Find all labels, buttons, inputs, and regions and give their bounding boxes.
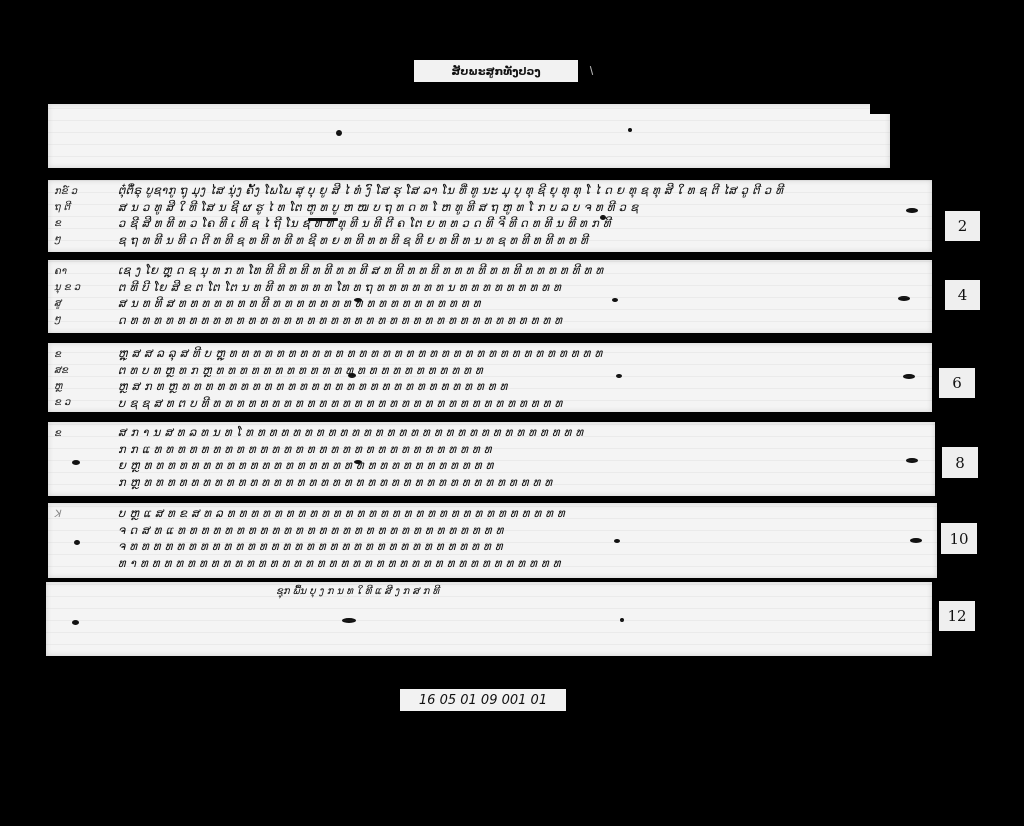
margin-line: ຄາ <box>54 264 94 280</box>
script-line: ຕ ທ ບ ທ ຫຼ ທ ກ ຫຼ ທ ທ ທ ທ ທ ທ ທ ທ ທ ທ ທ … <box>118 362 892 379</box>
binding-hole-center <box>354 460 362 464</box>
scratch-mark <box>590 66 593 75</box>
binding-hole-center <box>612 298 618 302</box>
palm-leaf-4: ຂ ສຂ ຫຼ ຂ ວ ຫຼຸ ສ ສ ລ ລຸ ສ ທີ ບ ຫຼຸ ທ ທ … <box>48 343 932 412</box>
margin-line: ຖ ຕີ <box>54 200 94 216</box>
leaf-text: ບ ຫຼ ແ ສ ທ ຂ ສ ທ ລ ທ ທ ທ ທ ທ ທ ທ ທ ທ ທ ທ… <box>118 505 897 576</box>
page-number-label: 4 <box>945 280 980 310</box>
script-line: ຈ ທ ທ ທ ທ ທ ທ ທ ທ ທ ທ ທ ທ ທ ທ ທ ທ ທ ທ ທ … <box>118 538 897 555</box>
margin-line: ꓘ <box>54 507 94 523</box>
binding-hole-right <box>903 374 915 379</box>
page-number-label: 8 <box>942 447 978 478</box>
leaf-note: ຊຸກ ພື້ນ ບຸ ງ ກ ນ ທ ໃ ທີ ແ ສີ ງ ກ ສ ກ ທີ <box>276 586 439 597</box>
palm-leaf-2: ກ͏ຂ໌ ວ ຖ ຕີ ຂ ໆ ຕຸ໋ຕິ໋ຣຸ ບູຊາກູ ຖຸ ມຸງ ໄ… <box>48 180 932 252</box>
binding-hole-left <box>72 460 80 465</box>
margin-line: ກ͏ຂ໌ ວ <box>54 184 94 200</box>
script-line: ສ ນ ວ ທູ ສີ ໃ ທີ ໂສ ນ ຊີ ຜ ຮູ ໄ ທ ໂຕ ຫູ … <box>118 199 892 216</box>
binding-hole-right <box>906 458 918 463</box>
leaf-text: ຕຸ໋ຕິ໋ຣຸ ບູຊາກູ ຖຸ ມຸງ ໄສ ນຸ່ງ ຄັ້ງ ໂພໂພ… <box>118 182 892 250</box>
binding-hole-center <box>600 215 606 220</box>
margin-line: ໆ <box>54 312 94 328</box>
script-line: ຫຼຸ ສ ສ ລ ລຸ ສ ທີ ບ ຫຼຸ ທ ທ ທ ທ ທ ທ ທ ທ … <box>118 345 892 362</box>
margin-line: ຂ <box>54 347 94 363</box>
script-line: ຍ ຫຼ ທ ທ ທ ທ ທ ທ ທ ທ ທ ທ ທ ທ ທ ທ ທ ທ ທ ທ… <box>118 457 895 474</box>
binding-hole-left <box>74 540 80 545</box>
page-number-label: 10 <box>941 523 977 554</box>
leaf-text: ສ ກ າ ນ ສ ທ ລ ທ ນ ທ ໂ ທ ທ ທ ທ ທ ທ ທ ທ ທ … <box>118 424 895 494</box>
script-line: ທ າ ທ ທ ທ ທ ທ ທ ທ ທ ທ ທ ທ ທ ທ ທ ທ ທ ທ ທ … <box>118 555 897 572</box>
script-line: ເຊ ງ ໂຍ ຫຼຸ ດ ຊ ນຸ ທ ກ ທ ໂທ ທີ ທີ ທ ທີ ທ… <box>118 262 892 279</box>
margin-line: ສູ <box>54 296 94 312</box>
script-line: ດ ທ ທ ທ ທ ທ ທ ທ ທ ທ ທ ທ ທ ທ ທ ທ ທ ທ ທ ທ … <box>118 312 892 329</box>
binding-hole-center <box>616 374 622 378</box>
binding-hole-right <box>898 296 910 301</box>
leaf-text: ຫຼຸ ສ ສ ລ ລຸ ສ ທີ ບ ຫຼຸ ທ ທ ທ ທ ທ ທ ທ ທ … <box>118 345 892 410</box>
margin-line: ນຸ ຂ ວ <box>54 280 94 296</box>
palm-leaf-1 <box>48 104 890 168</box>
manuscript-id-label: 16 05 01 09 001 01 <box>400 689 566 711</box>
margin-line: ຂ <box>54 426 94 442</box>
binding-hole-right <box>628 128 632 132</box>
binding-hole-left <box>348 373 356 378</box>
script-line: ບ ຫຼ ແ ສ ທ ຂ ສ ທ ລ ທ ທ ທ ທ ທ ທ ທ ທ ທ ທ ທ… <box>118 505 897 522</box>
palm-leaf-7: ຊຸກ ພື້ນ ບຸ ງ ກ ນ ທ ໃ ທີ ແ ສີ ງ ກ ສ ກ ທີ <box>46 582 932 656</box>
torn-edge <box>870 104 890 114</box>
margin-line: ສຂ <box>54 363 94 379</box>
binding-hole-center <box>614 539 620 543</box>
binding-hole-left <box>72 620 79 625</box>
leaf-margin-notes: ຄາ ນຸ ຂ ວ ສູ ໆ <box>54 264 94 328</box>
leaf-margin-notes: ꓘ <box>54 507 94 523</box>
palm-leaf-3: ຄາ ນຸ ຂ ວ ສູ ໆ ເຊ ງ ໂຍ ຫຼຸ ດ ຊ ນຸ ທ ກ ທ … <box>48 260 932 333</box>
script-line: ຫຼ ສ ກ ທ ຫຼ ທ ທ ທ ທ ທ ທ ທ ທ ທ ທ ທ ທ ທ ທ … <box>118 378 892 395</box>
margin-line: ຂ ວ <box>54 395 94 411</box>
script-line: ກ ກ ແ ທ ທ ທ ທ ທ ທ ທ ທ ທ ທ ທ ທ ທ ທ ທ ທ ທ … <box>118 441 895 458</box>
binding-hole-center <box>342 618 356 623</box>
script-line: ຕຸ໋ຕິ໋ຣຸ ບູຊາກູ ຖຸ ມຸງ ໄສ ນຸ່ງ ຄັ້ງ ໂພໂພ… <box>118 182 892 199</box>
leaf-margin-notes: ກ͏ຂ໌ ວ ຖ ຕີ ຂ ໆ <box>54 184 94 248</box>
script-line: ຕ ທີ ບີ ໂຍ ສີ ຂ ຕ ໂຕ ໂຕ ນ ທ ທີ ທ ທ ທ ທ ທ… <box>118 279 892 296</box>
script-line: ສ ກ າ ນ ສ ທ ລ ທ ນ ທ ໂ ທ ທ ທ ທ ທ ທ ທ ທ ທ … <box>118 424 895 441</box>
page-number-label: 6 <box>939 368 975 398</box>
binding-hole-right <box>906 208 918 213</box>
leaf-margin-notes: ຂ ສຂ ຫຼ ຂ ວ <box>54 347 94 411</box>
script-line: ບ ຊ ຊ ສ ທ ຕ ບ ທີ ທ ທ ທ ທ ທ ທ ທ ທ ທ ທ ທ ທ… <box>118 395 892 411</box>
leaf-text: ເຊ ງ ໂຍ ຫຼຸ ດ ຊ ນຸ ທ ກ ທ ໂທ ທີ ທີ ທ ທີ ທ… <box>118 262 892 331</box>
manuscript-title-label: ສັບພະສູກທັງປວງ <box>414 60 578 82</box>
binding-hole-right <box>620 618 624 622</box>
margin-line: ຂ <box>54 216 94 232</box>
leaf-margin-notes: ຂ <box>54 426 94 442</box>
script-line: ສ ນ ທ ທີ ສ ທ ທ ທ ທ ທ ທ ທ ທີ ທ ທ ທ ທ ທ ທ … <box>118 295 892 312</box>
page-number-label: 2 <box>945 211 980 241</box>
margin-line: ຫຼ <box>54 379 94 395</box>
palm-leaf-5: ຂ ສ ກ າ ນ ສ ທ ລ ທ ນ ທ ໂ ທ ທ ທ ທ ທ ທ ທ ທ … <box>48 422 935 496</box>
palm-leaf-6: ꓘ ບ ຫຼ ແ ສ ທ ຂ ສ ທ ລ ທ ທ ທ ທ ທ ທ ທ ທ ທ ທ… <box>48 503 937 578</box>
page-number-label: 12 <box>939 601 975 631</box>
script-line: ຈ ດ ສ ທ ແ ທ ທ ທ ທ ທ ທ ທ ທ ທ ທ ທ ທ ທ ທ ທ … <box>118 522 897 539</box>
binding-hole-left <box>308 218 338 221</box>
binding-hole-left <box>336 130 342 136</box>
binding-hole-right <box>910 538 922 543</box>
script-line: ວ ຊີ ສີ ທ ທີ ທ ວ ໂຄ ທີ ເ ທີ ຊ ໄ ຖີ ໂນ ຊ … <box>118 215 892 232</box>
script-line: ກ ຫຼ ທ ທ ທ ທ ທ ທ ທ ທ ທ ທ ທ ທ ທ ທ ທ ທ ທ ທ… <box>118 474 895 491</box>
script-line: ຊ ຖ ທ ທີ ນ ທີ ດ ຕີ ທ ທີ ຊ ທ ທີ ທ ທີ ທ ຊີ… <box>118 232 892 249</box>
binding-hole-left <box>354 298 362 302</box>
margin-line: ໆ <box>54 232 94 248</box>
